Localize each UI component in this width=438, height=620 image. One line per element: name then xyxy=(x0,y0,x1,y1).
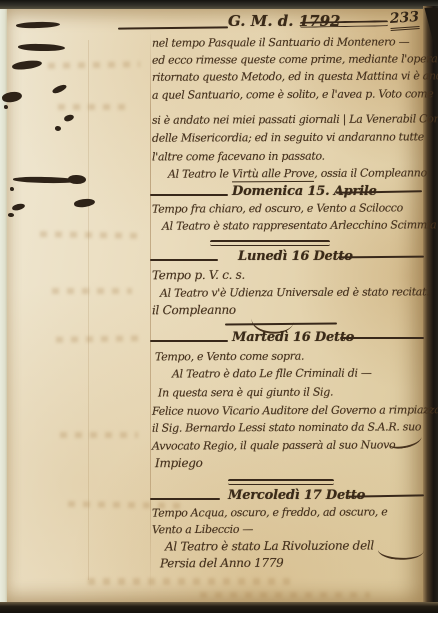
manuscript-line: Avvocato Regio, il quale passerà al suo … xyxy=(152,438,395,452)
manuscript-line: Al Teatro è stato La Rivoluzione dell xyxy=(165,538,374,553)
bleedthrough-text xyxy=(88,578,298,585)
manuscript-scan: G. M. d. 1792 233 nel tempo Pasquale il … xyxy=(0,0,438,620)
manuscript-line: nel tempo Pasquale il Santuario di Monte… xyxy=(152,35,409,49)
scan-border-top xyxy=(0,0,438,9)
bleedthrough-text xyxy=(58,104,130,110)
manuscript-line: Tempo p. V. c. s. xyxy=(152,268,245,282)
manuscript-line: l'altre come facevano in passato. xyxy=(152,150,325,164)
scan-border-bottom xyxy=(0,602,438,613)
manuscript-line: Vento a Libeccio — xyxy=(152,523,253,537)
manuscript-line: ed ecco rimesse queste come prime, media… xyxy=(152,52,438,66)
section-heading-mercoledi: Mercoledì 17 Detto xyxy=(228,488,365,503)
bleedthrough-text xyxy=(60,432,138,438)
manuscript-line: il Sig. Bernardo Lessi stato nominato da… xyxy=(152,420,421,434)
manuscript-line: Al Teatro è stato rappresentato Arlecchi… xyxy=(162,218,436,232)
manuscript-line: Felice nuovo Vicario Auditore del Govern… xyxy=(152,403,438,418)
ruled-line xyxy=(150,259,218,261)
manuscript-line: si è andato nei miei passati giornali | … xyxy=(152,112,438,127)
teatro-underlined-title: Virtù alle Prove xyxy=(232,167,314,182)
teatro-pre: Al Teatro le xyxy=(168,167,232,180)
ruled-line-double xyxy=(210,240,330,246)
ruled-line xyxy=(340,337,424,339)
manuscript-line: Impiego xyxy=(155,456,203,470)
manuscript-line: Al Teatro è dato Le flle Criminali di — xyxy=(172,366,372,380)
manuscript-line: Tempo Acqua, oscuro, e freddo, ad oscuro… xyxy=(152,505,387,519)
paper-crease-faint xyxy=(88,40,89,580)
ruled-line xyxy=(150,340,228,342)
ruled-line xyxy=(150,498,220,500)
manuscript-line-teatro: Al Teatro le Virtù alle Prove, ossia il … xyxy=(168,166,427,180)
manuscript-line: a quel Santuario, come è solito, e l'ave… xyxy=(152,87,434,101)
manuscript-line: il Compleanno xyxy=(152,303,236,317)
section-heading-lunedi: Lunedì 16 Detto xyxy=(238,249,353,264)
manuscript-line: delle Misericordia; ed in seguito vi and… xyxy=(152,130,424,144)
manuscript-line: Al Teatro v'è Udienza Universale ed è st… xyxy=(160,285,429,299)
ruled-line-double xyxy=(228,479,334,485)
manuscript-line: In questa sera è qui giunto il Sig. xyxy=(158,386,333,400)
ink-smear xyxy=(10,187,14,191)
manuscript-line: Persia del Anno 1779 xyxy=(160,556,284,571)
ink-smear xyxy=(68,175,86,184)
bleedthrough-text xyxy=(200,592,370,598)
teatro-post: , ossia il Compleanno xyxy=(314,166,427,180)
ink-smear xyxy=(4,105,8,109)
paper-crease xyxy=(150,30,151,595)
manuscript-line: ritornato questo Metodo, ed in questa Ma… xyxy=(152,69,438,84)
ink-smear xyxy=(8,213,14,217)
section-heading-martedi: Martedì 16 Detto xyxy=(232,330,354,345)
page-number: 233 xyxy=(389,9,420,31)
manuscript-line: Tempo fra chiaro, ed oscuro, e Vento a S… xyxy=(152,201,403,215)
bleedthrough-text xyxy=(52,288,132,294)
ruled-line xyxy=(150,194,228,196)
manuscript-line: Tempo, e Vento come sopra. xyxy=(155,350,304,364)
ink-smear xyxy=(55,126,61,131)
